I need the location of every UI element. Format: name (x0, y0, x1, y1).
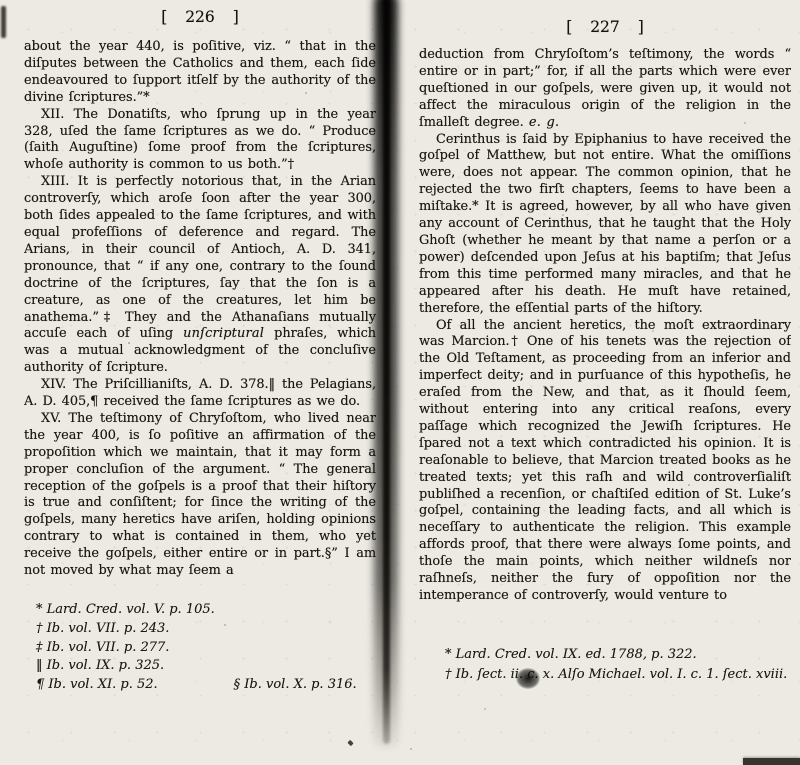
ink-blot (516, 668, 540, 689)
footnote: * Lard. Cred. vol. IX. ed. 1788, p. 322. (419, 645, 791, 665)
right-footnotes: * Lard. Cred. vol. IX. ed. 1788, p. 322.… (419, 645, 791, 684)
book-gutter-line (383, 0, 390, 744)
paragraph-continuation: deduction from Chryſoſtom’s teſtimony, t… (419, 47, 791, 132)
paragraph-marcion: Of all the ancient heretics, the moſt ex… (419, 318, 791, 605)
paragraph-cerinthus: Cerinthus is ſaid by Epiphanius to have … (419, 132, 791, 318)
page-226: [ 226 ] about the year 440, is poſitive,… (24, 0, 376, 580)
paper-dust (0, 0, 2, 2)
left-text-block: about the year 440, is poſitive, viz. “ … (24, 39, 376, 580)
right-text-block: deduction from Chryſoſtom’s teſtimony, t… (419, 47, 791, 605)
page-227: [ 227 ] deduction from Chryſoſtom’s teſt… (419, 0, 791, 605)
footnote: † Ib. vol. VII. p. 243. (36, 620, 372, 639)
paragraph-continuation: about the year 440, is poſitive, viz. “ … (24, 39, 376, 107)
footnote: ‡ Ib. vol. VII. p. 277. (36, 639, 372, 658)
footnote: § Ib. vol. X. p. 316. (234, 676, 357, 695)
paragraph-xiv: XIV. The Priſcillianiſts, A. D. 378.‖ th… (24, 377, 376, 411)
scan-corner-shadow (743, 758, 800, 765)
paragraph-xiii: XIII. It is perfectly notorious that, in… (24, 174, 376, 377)
paragraph-xii: XII. The Donatiſts, who ſprung up in the… (24, 107, 376, 175)
paper-speck (347, 740, 353, 746)
book-scan: [ 226 ] about the year 440, is poſitive,… (0, 0, 800, 765)
left-footnotes: * Lard. Cred. vol. V. p. 105. † Ib. vol.… (36, 601, 372, 695)
footnote: * Lard. Cred. vol. V. p. 105. (36, 601, 372, 620)
paragraph-xv: XV. The teſtimony of Chryſoſtom, who liv… (24, 411, 376, 580)
footnote: ‖ Ib. vol. IX. p. 325. (36, 657, 372, 676)
footnote: † Ib. ſect. ii. c. x. Alſo Michael. vol.… (419, 665, 791, 685)
footnote: ¶ Ib. vol. XI. p. 52. (36, 676, 158, 695)
page-number-right: [ 227 ] (419, 18, 791, 36)
scan-edge-mark (1, 6, 6, 38)
page-number-left: [ 226 ] (24, 8, 376, 26)
footnote-row: ¶ Ib. vol. XI. p. 52. § Ib. vol. X. p. 3… (36, 676, 372, 695)
